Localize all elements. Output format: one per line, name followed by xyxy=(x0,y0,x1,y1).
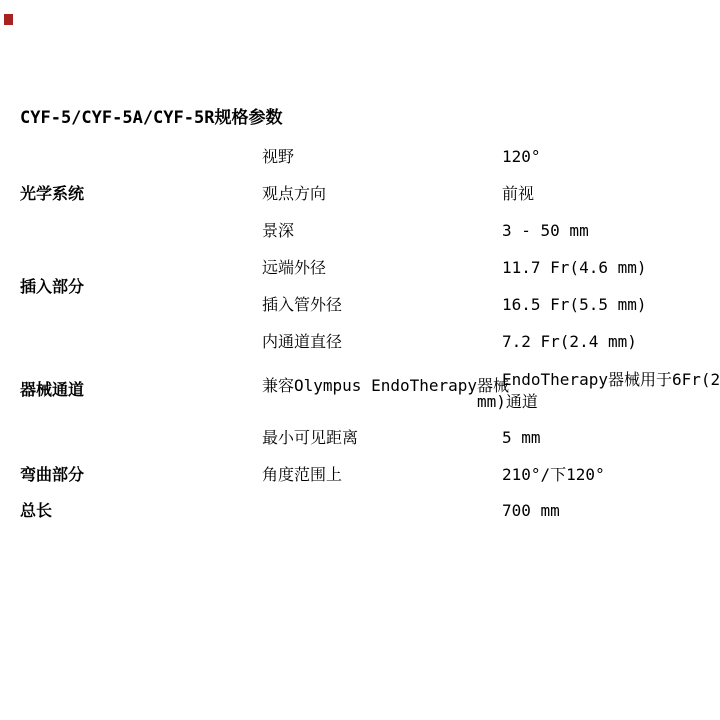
spec-value: 前视 xyxy=(502,185,534,203)
spec-property: 兼容Olympus EndoTherapy器械 xyxy=(262,377,509,395)
red-square-marker xyxy=(4,14,13,25)
spec-property: 最小可见距离 xyxy=(262,429,358,447)
spec-property: 视野 xyxy=(262,148,294,166)
spec-property: 插入管外径 xyxy=(262,296,342,314)
spec-value: 210°/下120° xyxy=(502,466,605,484)
spec-property: 远端外径 xyxy=(262,259,326,277)
spec-property: 角度范围上 xyxy=(262,466,342,484)
spec-value: 16.5 Fr(5.5 mm) xyxy=(502,296,647,314)
page-title: CYF-5/CYF-5A/CYF-5R规格参数 xyxy=(20,106,282,130)
spec-property: 观点方向 xyxy=(262,185,326,203)
group-label-insertion-section: 插入部分 xyxy=(20,278,84,296)
spec-value: 700 mm xyxy=(502,502,560,520)
spec-property: 内通道直径 xyxy=(262,333,342,351)
group-label-bending-section: 弯曲部分 xyxy=(20,466,84,484)
group-label-instrument-channel: 器械通道 xyxy=(20,381,84,399)
group-label-optical-system: 光学系统 xyxy=(20,185,84,203)
spec-property: 景深 xyxy=(262,222,294,240)
spec-page: CYF-5/CYF-5A/CYF-5R规格参数 光学系统 插入部分 器械通道 弯… xyxy=(0,0,720,720)
spec-value: 3 - 50 mm xyxy=(502,222,589,240)
spec-value: 120° xyxy=(502,148,541,166)
spec-value: 5 mm xyxy=(502,429,541,447)
spec-value-wrapped: EndoTherapy器械用于6Fr(2 mm)通道 xyxy=(477,369,720,413)
spec-value: 7.2 Fr(2.4 mm) xyxy=(502,333,637,351)
group-label-total-length: 总长 xyxy=(20,502,52,520)
spec-value: 11.7 Fr(4.6 mm) xyxy=(502,259,647,277)
